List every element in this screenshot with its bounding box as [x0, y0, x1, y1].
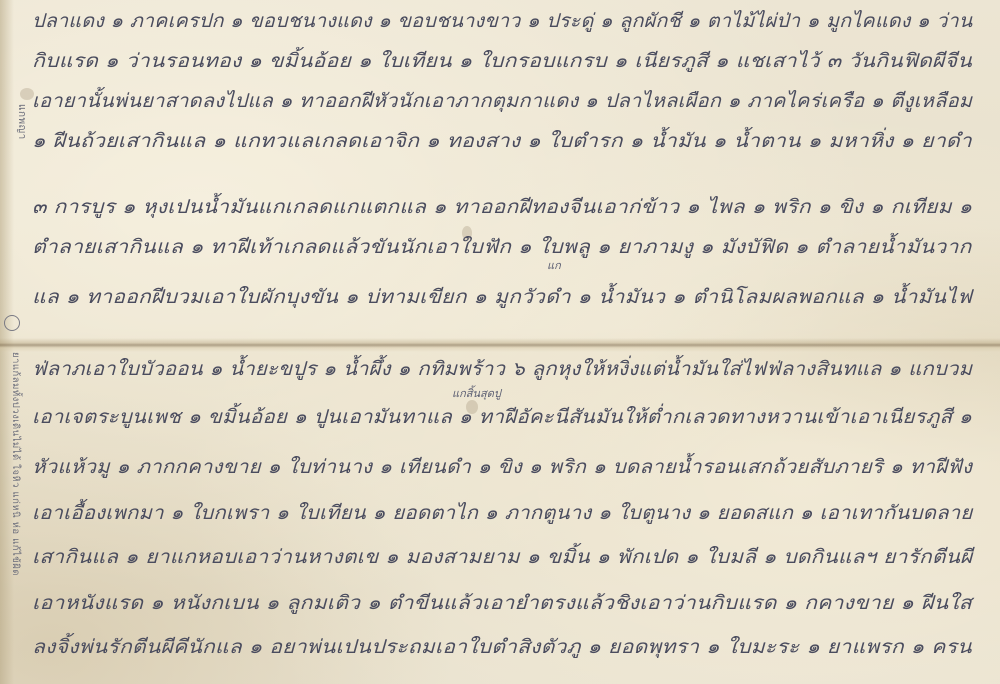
text-line-7: แล ๑ ทาออกฝีบวมเอาใบผักบุงขัน ๑ บ่ทามเขี…	[32, 282, 972, 312]
manuscript-page: แกพญา ยาแก้ลมทั้งปวงเดินไม่ได้ ใจหิว แก่…	[0, 0, 1000, 684]
text-line-11: เอาเอื้องเพกมา ๑ ใบกเพรา ๑ ใบเทียน ๑ ยอด…	[32, 498, 972, 528]
text-line-2: กิบแรด ๑ ว่านรอนทอง ๑ ขมิ้นอ้อย ๑ ใบเทีย…	[32, 46, 972, 76]
paper-fold-crease	[0, 338, 1000, 352]
margin-note-lower: ยาแก้ลมทั้งปวงเดินไม่ได้ ใจหิว แก่หนิ ห่…	[8, 352, 23, 576]
margin-note-upper: แกพญา	[14, 104, 29, 140]
text-line-14: ลงจิ้งพ่นรักตีนผีคีนักแล ๑ อยาพ่นเปนประถ…	[32, 632, 972, 662]
text-line-1: ปลาแดง ๑ ภาคเครปก ๑ ขอบชนางแดง ๑ ขอบชนาง…	[32, 6, 973, 36]
text-line-9: เอาเจตระบูนเพช ๑ ขมิ้นอ้อย ๑ ปูนเอามันทา…	[32, 402, 972, 432]
text-line-8: ฟ่ลาภเอาใบบัวออน ๑ น้ำยะขปูร ๑ น้ำผึ้ง ๑…	[32, 354, 972, 384]
text-line-4: ๑ ฝีนถ้วยเสากินแล ๑ แกทวแลเกลดเอาจิก ๑ ท…	[32, 126, 972, 156]
interlinear-note-2: แกสิ้นสุดปู	[452, 384, 501, 402]
text-line-13: เอาหนังแรด ๑ หนังกเบน ๑ ลูกมเติว ๑ ตำขีน…	[32, 588, 972, 618]
text-line-3: เอายานั้นพ่นยาสาดลงไปแล ๑ ทาออกฝีหัวนักเ…	[32, 86, 972, 116]
text-line-10: หัวแห้วมู ๑ ภากกคางขาย ๑ ใบท่านาง ๑ เทีย…	[32, 452, 972, 482]
ring-stamp-mark	[4, 315, 20, 331]
text-line-6: ตำลายเสากินแล ๑ ทาฝีเท้าเกลดแล้วขันนักเอ…	[32, 232, 972, 262]
text-line-5: ๓ การบูร ๑ หุงเปนน้ำมันแกเกลดแกแตกแล ๑ ท…	[32, 192, 972, 222]
text-line-12: เสากินแล ๑ ยาแกหอบเอาว่านหางตเข ๑ มองสาม…	[32, 542, 972, 572]
interlinear-note-1: แก	[547, 256, 561, 274]
